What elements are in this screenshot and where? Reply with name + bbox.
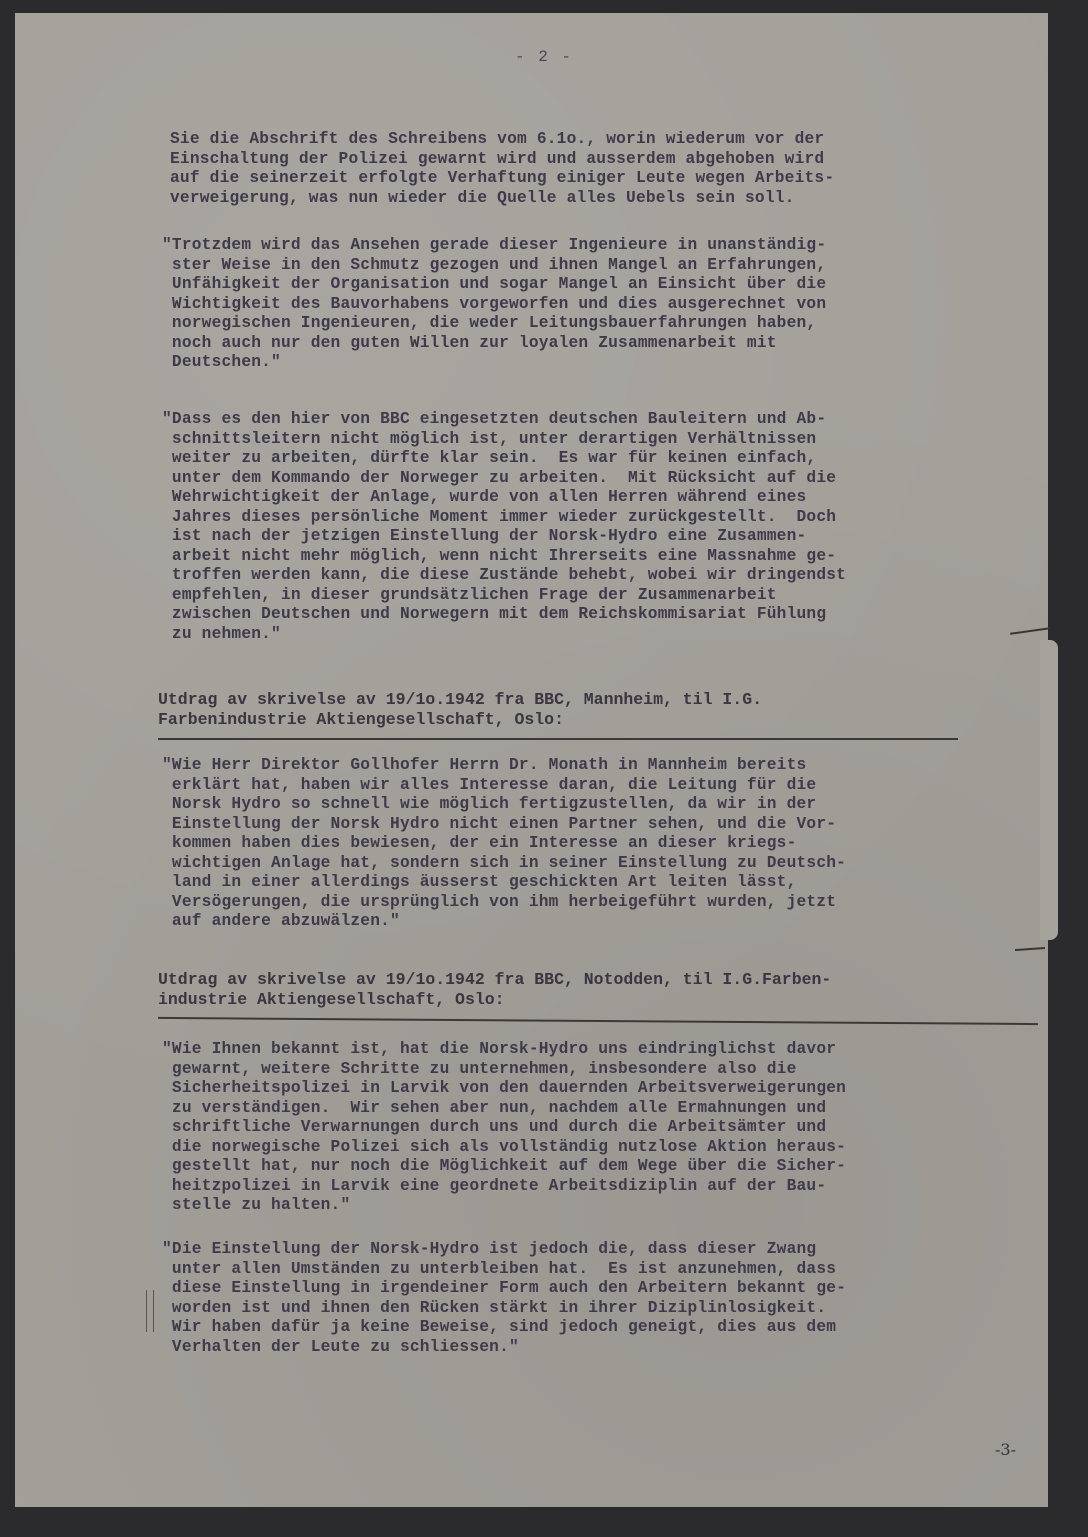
paper-torn-flap (1040, 640, 1058, 940)
section-heading: Utdrag av skrivelse av 19/1o.1942 fra BB… (158, 690, 1038, 730)
paragraph-intro: Sie die Abschrift des Schreibens vom 6.1… (170, 130, 1040, 208)
quote-paragraph: "Trotzdem wird das Ansehen gerade dieser… (162, 236, 1032, 373)
page-number: - 2 - (0, 48, 1088, 66)
quote-paragraph: "Wie Ihnen bekannt ist, hat die Norsk-Hy… (162, 1040, 1032, 1216)
margin-mark (146, 1290, 154, 1332)
quote-paragraph: "Dass es den hier von BBC eingesetzten d… (162, 410, 1032, 644)
quote-paragraph: "Wie Herr Direktor Gollhofer Herrn Dr. M… (162, 756, 1032, 932)
next-page-mark: -3- (995, 1440, 1016, 1459)
section-heading: Utdrag av skrivelse av 19/1o.1942 fra BB… (158, 970, 1038, 1010)
quote-paragraph: "Die Einstellung der Norsk-Hydro ist jed… (162, 1240, 1032, 1357)
heading-underline (158, 738, 958, 740)
